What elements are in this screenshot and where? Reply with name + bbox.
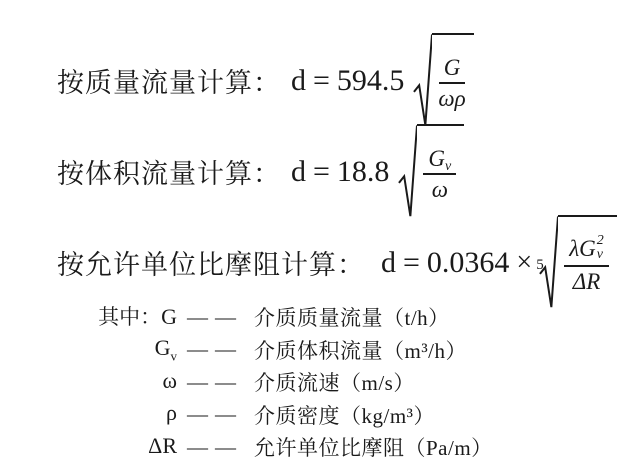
numerator-superscript: 2 (597, 234, 604, 248)
formula-friction: 按允许单位比摩阻计算： d = 0.0364 × 5 λG (57, 215, 617, 310)
numerator-subscript: v (597, 248, 604, 262)
formula-mass-flow-label: 按质量流量计算： (57, 61, 281, 100)
formula-mass-flow-equation: d = 594.5 G ωρ (291, 33, 474, 128)
coefficient: 18.8 (337, 155, 390, 189)
formula-volume-flow-label: 按体积流量计算： (57, 152, 281, 191)
numerator-subscript: v (445, 159, 451, 175)
radical-sign-icon (398, 124, 417, 219)
multiplication-sign: × (516, 247, 532, 279)
legend-row-omega: ω —— 介质流速（m/s） (80, 366, 493, 399)
radicand: λG 2 v ΔR (558, 215, 617, 310)
fifth-root: 5 λG 2 v ΔR (539, 215, 617, 310)
equals-sign: = (313, 64, 330, 98)
fraction-numerator: G (439, 55, 466, 84)
legend-symbol-cell: ρ (80, 400, 177, 429)
square-root: G v ω (398, 124, 464, 219)
symbol-omega: ω (163, 368, 177, 393)
symbol-rho: ρ (166, 400, 177, 425)
formula-sheet: 按质量流量计算： d = 594.5 G ωρ 按体积 (0, 0, 635, 463)
legend-symbol-cell: ΔR (80, 433, 177, 462)
fraction-denominator: ΔR (573, 267, 601, 295)
legend-dash: —— (187, 402, 243, 427)
legend-description: 介质质量流量（t/h） (254, 302, 450, 332)
legend-description: 介质流速（m/s） (254, 367, 415, 397)
radical-sign-icon (413, 33, 432, 128)
square-root: G ωρ (413, 33, 473, 128)
legend-symbol-cell: ω (80, 368, 177, 397)
formula-volume-flow: 按体积流量计算： d = 18.8 G v ω (57, 124, 464, 219)
radicand: G v ω (417, 124, 464, 219)
radicand: G ωρ (432, 33, 473, 128)
equals-sign: = (403, 246, 420, 280)
legend-dash: —— (187, 305, 243, 330)
legend-prefix: 其中： (98, 305, 161, 329)
coefficient: 594.5 (337, 64, 405, 98)
symbol-deltaR: ΔR (148, 433, 177, 458)
numerator-supsub: 2 v (597, 234, 604, 262)
legend-row-deltaR: ΔR —— 允许单位比摩阻（Pa/m） (80, 431, 493, 463)
symbol-Gv: Gv (155, 335, 177, 360)
fraction-denominator: ωρ (438, 84, 465, 112)
formula-volume-flow-equation: d = 18.8 G v ω (291, 124, 464, 219)
variable-d: d (291, 64, 306, 98)
equals-sign: = (313, 155, 330, 189)
formula-friction-equation: d = 0.0364 × 5 λG 2 (381, 215, 617, 310)
legend-row-G: 其中：G —— 介质质量流量（t/h） (80, 301, 493, 334)
variable-d: d (381, 246, 396, 280)
fraction-numerator: G v (423, 146, 456, 175)
fraction-denominator: ω (432, 175, 448, 203)
legend-description: 介质密度（kg/m³） (254, 400, 435, 430)
fraction: λG 2 v ΔR (564, 236, 609, 295)
legend-row-rho: ρ —— 介质密度（kg/m³） (80, 399, 493, 432)
symbol-G: G (161, 304, 177, 329)
symbol-legend: 其中：G —— 介质质量流量（t/h） Gv —— 介质体积流量（m³/h） ω… (80, 301, 493, 463)
legend-description: 介质体积流量（m³/h） (254, 335, 467, 365)
legend-dash: —— (187, 435, 243, 460)
legend-symbol-cell: 其中：G (80, 301, 177, 333)
coefficient: 0.0364 (427, 246, 510, 280)
root-index: 5 (536, 257, 544, 274)
formula-mass-flow: 按质量流量计算： d = 594.5 G ωρ (57, 33, 474, 128)
legend-row-Gv: Gv —— 介质体积流量（m³/h） (80, 334, 493, 367)
numerator-variable: G (428, 146, 445, 172)
fraction: G v ω (423, 146, 456, 204)
legend-description: 允许单位比摩阻（Pa/m） (254, 432, 493, 462)
variable-d: d (291, 155, 306, 189)
fraction-numerator: λG 2 v (564, 236, 609, 267)
numerator-variable: λG (569, 236, 596, 262)
formula-friction-label: 按允许单位比摩阻计算： (57, 243, 365, 282)
legend-dash: —— (187, 337, 243, 362)
legend-dash: —— (187, 370, 243, 395)
legend-symbol-cell: Gv (80, 335, 177, 364)
fraction: G ωρ (438, 55, 465, 113)
